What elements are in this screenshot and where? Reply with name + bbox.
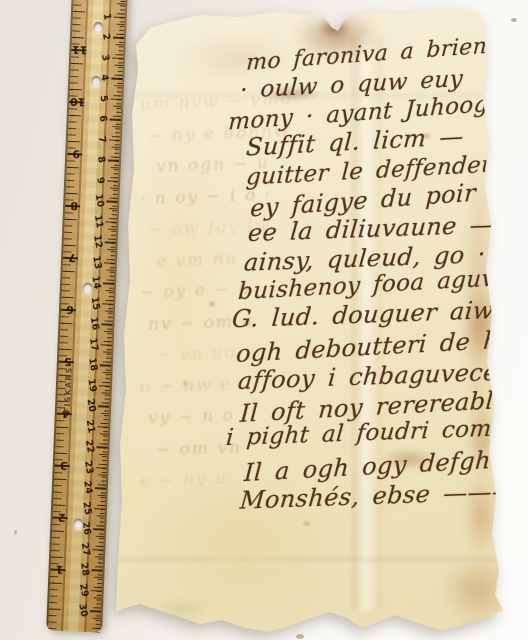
ruler-inch-number: 6 <box>63 303 78 317</box>
background-speck <box>296 634 304 639</box>
photo-antique-manuscript: um nvw ~ vmo~ ny e bonnwvn ogn ~ u· n oy… <box>0 0 528 640</box>
ruler-inch-number: 8 <box>67 199 82 213</box>
ruler-brand-label: FISKARS <box>63 366 74 413</box>
ruler-cm-number: 9 <box>93 171 107 189</box>
ruler-cm-tick <box>101 323 112 325</box>
ruler-cm-tick <box>102 303 113 305</box>
ruler-cm-number: 15 <box>89 294 103 312</box>
ruler-cm-number: 13 <box>90 253 104 271</box>
ruler-cm-number: 12 <box>91 233 105 251</box>
ruler-cm-tick <box>96 467 107 469</box>
ruler-cm-tick <box>100 364 111 366</box>
ruler-cm-number: 3 <box>98 48 112 66</box>
ruler-cm-number: 1 <box>100 7 114 25</box>
ruler-cm-tick <box>96 446 107 448</box>
ruler-inch-number: 11 <box>73 43 88 57</box>
ruler-cm-number: 8 <box>94 151 108 169</box>
ruler-cm-tick <box>91 590 102 592</box>
ruler-cm-number: 20 <box>84 397 98 415</box>
ruler-cm-tick <box>109 139 120 141</box>
bleedthrough-line: o ~ nw e <box>140 374 233 397</box>
ruler-inch-number: 2 <box>54 511 69 525</box>
ruler-cm-tick <box>106 200 117 202</box>
ink-stain <box>152 600 212 618</box>
ruler-cm-number: 10 <box>93 192 107 210</box>
ruler-cm-tick <box>104 262 115 264</box>
horizontal-fold-crease <box>116 558 512 565</box>
ruler-cm-tick <box>105 241 116 243</box>
ruler-cm-number: 22 <box>83 438 97 456</box>
ink-stain <box>442 555 514 625</box>
ruler-cm-tick <box>106 221 117 223</box>
ink-stain <box>460 620 500 636</box>
ruler-cm-number: 27 <box>79 540 93 558</box>
ruler-cm-tick <box>98 405 109 407</box>
ruler-cm-tick <box>90 610 101 612</box>
ruler-cm-tick <box>95 487 106 489</box>
ruler-cm-tick <box>92 549 103 551</box>
ruler-cm-number: 28 <box>78 561 92 579</box>
ruler-cm-tick <box>107 180 118 182</box>
ruler-cm-number: 6 <box>96 110 110 128</box>
bleedthrough-line: ~ oy e ~ n <box>140 279 252 303</box>
ruler-cm-tick <box>108 159 119 161</box>
bleedthrough-line: vy ~ n o <box>148 405 236 428</box>
ruler-cm-number: 21 <box>84 417 98 435</box>
ruler-cm-tick <box>110 118 121 120</box>
ruler-cm-number: 25 <box>80 499 94 517</box>
ruler-cm-number: 30 <box>76 602 90 620</box>
ruler-cm-number: 23 <box>82 458 96 476</box>
ruler-inch-number: 1 <box>52 563 67 577</box>
ruler-cm-number: 17 <box>87 335 101 353</box>
ruler-cm-tick <box>99 385 110 387</box>
ruler-cm-number: 16 <box>88 315 102 333</box>
ruler-inch-number: 3 <box>56 459 71 473</box>
binder-hole <box>83 283 93 294</box>
ruler-cm-tick <box>94 508 105 510</box>
bleedthrough-line: e ~ ny u <box>140 468 229 491</box>
ruler-cm-tick <box>92 569 103 571</box>
background-speck <box>511 18 517 22</box>
ruler-cm-tick <box>101 344 112 346</box>
ink-stain <box>317 18 351 38</box>
ruler-cm-number: 11 <box>92 212 106 230</box>
ruler-cm-tick <box>113 37 124 39</box>
ruler-cm-number: 7 <box>95 130 109 148</box>
ruler-inch-number: 9 <box>69 147 84 161</box>
ink-stain <box>302 520 311 527</box>
ruler-cm-tick <box>114 16 125 18</box>
ruler-cm-tick <box>111 78 122 80</box>
ruler-cm-tick <box>112 57 123 59</box>
ink-stain <box>208 300 216 308</box>
manuscript-paper: um nvw ~ vmo~ ny e bonnwvn ogn ~ u· n oy… <box>112 0 524 640</box>
ruler-cm-tick <box>103 282 114 284</box>
ruler-cm-tick <box>93 528 104 530</box>
ruler-cm-tick <box>97 426 108 428</box>
ruler-cm-number: 24 <box>81 479 95 497</box>
ruler-inch-number: 7 <box>65 251 80 265</box>
ruler-cm-tick <box>110 98 121 100</box>
ruler-inch-number: 10 <box>71 95 86 109</box>
ruler-cm-number: 18 <box>86 356 100 374</box>
background-speck <box>14 530 17 535</box>
ruler-cm-number: 29 <box>77 581 91 599</box>
ruler-cm-number: 19 <box>85 376 99 394</box>
ruler-cm-number: 5 <box>97 89 111 107</box>
